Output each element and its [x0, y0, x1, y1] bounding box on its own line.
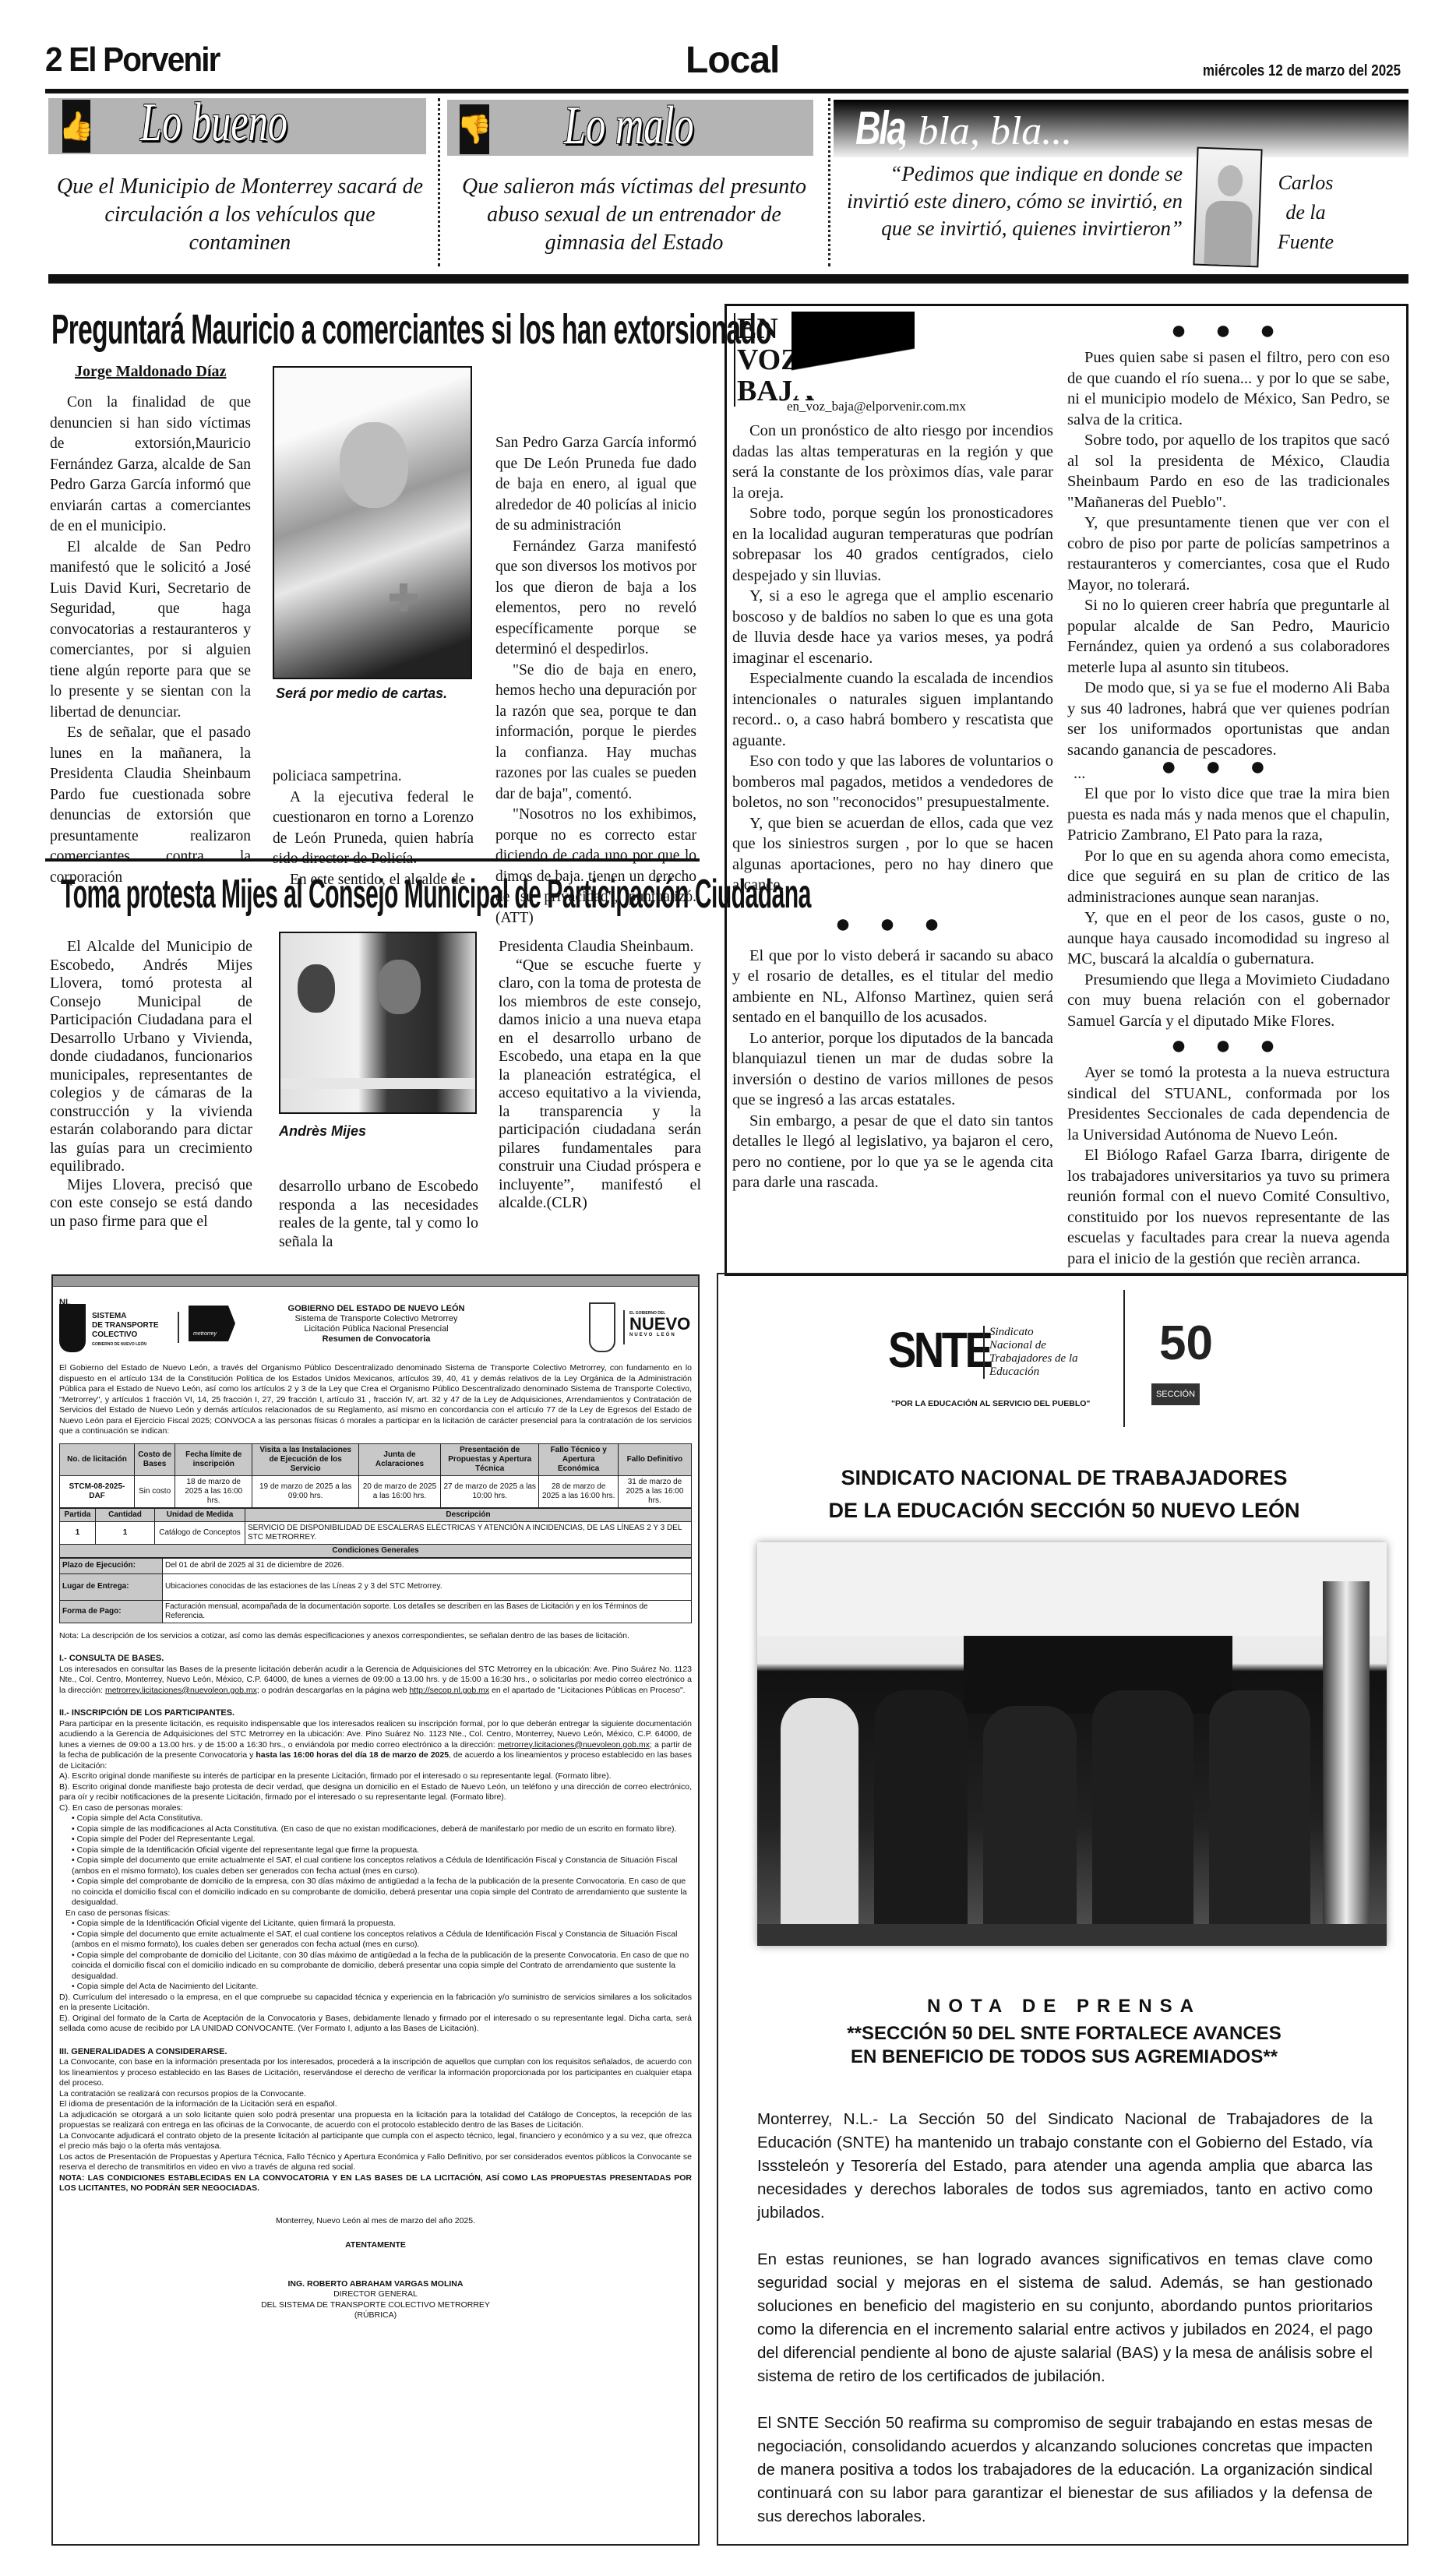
- logo-divider: [1123, 1290, 1125, 1427]
- press-title-line: EN BENEFICIO DE TODOS SUS AGREMIADOS**: [718, 2046, 1410, 2069]
- logo-line: EN: [737, 313, 787, 344]
- place-date: Monterrey, Nuevo León al mes de marzo de…: [59, 2216, 692, 2227]
- paragraph: Sobre todo, por aquello de los trapitos …: [1067, 430, 1390, 513]
- list-item: C). En caso de personas morales:: [59, 1803, 692, 1814]
- paragraph: Presumiendo que llega a Movimieto Ciudad…: [1067, 970, 1390, 1032]
- logo-line: Trabajadores de la: [989, 1352, 1078, 1366]
- section-2-text: Para participar en la presente licitació…: [59, 1719, 692, 1772]
- list-item: • Copia simple del Acta Constitutiva.: [72, 1813, 692, 1824]
- col-header: Unidad de Medida: [155, 1508, 245, 1521]
- notice-signature: Monterrey, Nuevo León al mes de marzo de…: [59, 2216, 692, 2321]
- table-cell: 19 de marzo de 2025 a las 09:00 hrs.: [252, 1475, 359, 1507]
- list-item: E). Original del formato de la Carta de …: [59, 2014, 692, 2035]
- paragraph: Fernández Garza manifestó que son divers…: [495, 537, 696, 661]
- bla-title-bold: Bla: [855, 101, 904, 155]
- author-photo: [1193, 147, 1262, 268]
- list-item: • Copia simple de la Identificación Ofic…: [72, 1919, 692, 1929]
- byline: Jorge Maldonado Díaz: [75, 363, 226, 380]
- article2-col3: Presidenta Claudia Sheinbaum. “Que se es…: [499, 938, 701, 1213]
- signer-title: (RÚBRICA): [59, 2310, 692, 2321]
- paragraph: Y, que presuntamente tienen que ver con …: [1067, 513, 1390, 595]
- table-row: STCM-08-2025-DAF Sin costo 18 de marzo d…: [60, 1475, 692, 1507]
- table-cell: SERVICIO DE DISPONIBILIDAD DE ESCALERAS …: [245, 1521, 692, 1544]
- email-link[interactable]: metrorrey.licitaciones@nuevoleon.gob.mx: [498, 1740, 650, 1750]
- list-item: • Copia simple del Acta de Nacimiento de…: [72, 1982, 692, 1993]
- notice-bold-note: NOTA: LAS CONDICIONES ESTABLECIDAS EN LA…: [59, 2173, 692, 2194]
- col-header: Costo de Bases: [135, 1443, 175, 1475]
- paragraph: El SNTE Sección 50 reafirma su compromis…: [757, 2412, 1373, 2528]
- article1-col3: San Pedro Garza García informó que De Le…: [495, 433, 696, 929]
- lo-bueno-text: Que el Municipio de Monterrey sacará de …: [51, 173, 428, 257]
- col-header: Descripción: [245, 1508, 692, 1521]
- col-header: Fallo Técnico y Apertura Económica: [539, 1443, 618, 1475]
- separator-block: ... ● ● ●: [1067, 760, 1390, 784]
- table-cell: 18 de marzo de 2025 a las 16:00 hrs.: [175, 1475, 252, 1507]
- notice-type: Licitación Pública Nacional Presencial: [248, 1324, 505, 1334]
- signer-title: DEL SISTEMA DE TRANSPORTE COLECTIVO METR…: [59, 2300, 692, 2311]
- email-link[interactable]: metrorrey.licitaciones@nuevoleon.gob.mx: [105, 1686, 257, 1695]
- paragraph: Si no lo quieren creer habría que pregun…: [1067, 595, 1390, 678]
- en-voz-baja-illustration: [791, 312, 915, 396]
- notice-summary: Resumen de Convocatoria: [248, 1334, 505, 1344]
- table-cell: Catálogo de Conceptos: [155, 1521, 245, 1544]
- licitacion-schedule-table: No. de licitación Costo de Bases Fecha l…: [59, 1443, 692, 1508]
- newspaper-name: El Porvenir: [69, 41, 219, 79]
- notice-gov: GOBIERNO DEL ESTADO DE NUEVO LEÓN: [248, 1304, 505, 1314]
- lo-malo-text: Que salieron más víctimas del presunto a…: [460, 173, 809, 257]
- list-item: • Copia simple del Poder del Representan…: [72, 1834, 692, 1845]
- notice-header: NL SISTEMA DE TRANSPORTE COLECTIVO GOBIE…: [53, 1287, 698, 1358]
- table-cell: 20 de marzo de 2025 a las 16:00 hrs.: [359, 1475, 441, 1507]
- metrorrey-logo: metrorrey: [189, 1306, 235, 1341]
- paragraph: San Pedro Garza García informó que De Le…: [495, 433, 696, 537]
- fisicas-list: • Copia simple de la Identificación Ofic…: [59, 1919, 692, 1993]
- table-cell: 31 de marzo de 2025 a las 16:00 hrs.: [618, 1475, 691, 1507]
- col-header: Partida: [60, 1508, 96, 1521]
- paragraph: “Que se escuche fuerte y claro, con la t…: [499, 957, 701, 1213]
- section-number: 50: [1159, 1320, 1213, 1368]
- article2-col2: desarrollo urbano de Escobedo responda a…: [279, 1178, 478, 1251]
- section-heading: III. GENERALIDADES A CONSIDERARSE.: [59, 2047, 692, 2058]
- nl-shield-logo: [59, 1304, 86, 1352]
- paragraph: Sobre todo, porque según los pronosticad…: [732, 503, 1053, 586]
- paragraph: Monterrey, N.L.- La Sección 50 del Sindi…: [757, 2108, 1373, 2225]
- ellipsis: ...: [1074, 763, 1085, 784]
- col-header: Visita a las Instalaciones de Ejecución …: [252, 1443, 359, 1475]
- en-voz-baja-email: en_voz_baja@elporvenir.com.mx: [787, 399, 966, 414]
- table-row: Plazo de Ejecución:Del 01 de abril de 20…: [60, 1558, 692, 1573]
- paragraph: Lo anterior, porque los diputados de la …: [732, 1028, 1053, 1111]
- paragraph: La Convocante adjudicará el contrato obj…: [59, 2131, 692, 2152]
- partida-table: Partida Cantidad Unidad de Medida Descri…: [59, 1508, 692, 1558]
- page-brand: 2 El Porvenir: [45, 41, 220, 79]
- paragraph: Y, que bien se acuerdan de ellos, cada q…: [732, 813, 1053, 896]
- article2-headline: Toma protesta Mijes al Consejo Municipal…: [61, 871, 811, 918]
- table-cell: 28 de marzo de 2025 a las 16:00 hrs.: [539, 1475, 618, 1507]
- table-header-row: No. de licitación Costo de Bases Fecha l…: [60, 1443, 692, 1475]
- press-release-body: Monterrey, N.L.- La Sección 50 del Sindi…: [757, 2108, 1373, 2528]
- thumbs-down-icon: 👎: [460, 104, 489, 154]
- condition-value: Facturación mensual, acompañada de la do…: [163, 1600, 692, 1623]
- logo-line: COLECTIVO: [92, 1330, 159, 1340]
- separator-dots: ● ● ●: [1067, 1033, 1390, 1059]
- list-item: B). Escrito original donde manifieste ba…: [59, 1782, 692, 1803]
- condition-value: Ubicaciones conocidas de las estaciones …: [163, 1573, 692, 1600]
- separator-dots: ● ● ●: [1067, 318, 1390, 344]
- paragraph: La Convocante, con base en la informació…: [59, 2057, 692, 2089]
- table-cell: Sin costo: [135, 1475, 175, 1507]
- press-title-line: **SECCIÓN 50 DEL SNTE FORTALECE AVANCES: [718, 2022, 1410, 2046]
- evb-col2: ● ● ● Pues quien sabe si pasen el filtro…: [1067, 318, 1390, 1269]
- condition-label: Lugar de Entrega:: [60, 1573, 163, 1600]
- paragraph: El que por lo visto deberá ir sacando su…: [732, 946, 1053, 1028]
- list-item: • Copia simple del comprobante de domici…: [72, 1951, 692, 1982]
- paragraph: Y, que en el peor de los casos, guste o …: [1067, 907, 1390, 970]
- column-divider: [828, 98, 830, 266]
- paragraph: Con un pronóstico de alto riesgo por inc…: [732, 421, 1053, 503]
- article2-caption: Andrès Mijes: [279, 1123, 366, 1140]
- table-cell: 1: [60, 1521, 96, 1544]
- bla-title: Bla, bla, bla...: [855, 101, 1072, 155]
- logo-line: Sindicato: [989, 1326, 1078, 1339]
- bla-quote: “Pedimos que indique en donde se invirti…: [832, 160, 1183, 242]
- list-item: • Copia simple de las modificaciones al …: [72, 1824, 692, 1835]
- notice-title-block: GOBIERNO DEL ESTADO DE NUEVO LEÓN Sistem…: [248, 1304, 505, 1344]
- signer-title: DIRECTOR GENERAL: [59, 2289, 692, 2300]
- page-number: 2: [45, 41, 62, 79]
- col-header: Junta de Aclaraciones: [359, 1443, 441, 1475]
- closing: ATENTAMENTE: [59, 2240, 692, 2251]
- lo-malo-title: Lo malo: [564, 95, 694, 157]
- section-rule: [48, 274, 1408, 284]
- paragraph: Pues quien sabe si pasen el filtro, pero…: [1067, 347, 1390, 430]
- paragraph: El idioma de presentación de la informac…: [59, 2099, 692, 2110]
- notice-topbar: [53, 1276, 698, 1287]
- list-item: A). Escrito original donde manifieste su…: [59, 1771, 692, 1782]
- separator-dots: ● ● ●: [1161, 754, 1277, 781]
- paragraph: Y, si a eso le agrega que el amplio esce…: [732, 586, 1053, 668]
- paragraph: Con la finalidad de que denuncien si han…: [50, 393, 251, 537]
- conditions-table: Plazo de Ejecución:Del 01 de abril de 20…: [59, 1558, 692, 1623]
- conditions-header: Condiciones Generales: [60, 1544, 692, 1557]
- section-label: SECCIÓN: [1151, 1383, 1200, 1405]
- issue-date: miércoles 12 de marzo del 2025: [1203, 62, 1401, 80]
- snte-group-photo: [757, 1542, 1387, 1946]
- paragraph: policiaca sampetrina.: [273, 766, 474, 788]
- section-heading: II.- INSCRIPCIÓN DE LOS PARTICIPANTES.: [59, 1708, 692, 1719]
- list-item: • Copia simple del comprobante de domici…: [72, 1876, 692, 1908]
- paragraph: Es de señalar, que el pasado lunes en la…: [50, 723, 251, 888]
- section-title: Local: [686, 39, 779, 82]
- article-divider: [45, 858, 700, 862]
- list-item: • Copia simple del documento que emite a…: [72, 1929, 692, 1951]
- nl-coat-of-arms-icon: [589, 1302, 615, 1352]
- paragraph: Por lo que en su agenda ahora como emeci…: [1067, 846, 1390, 908]
- paragraph: El Biólogo Rafael Garza Ibarra, dirigent…: [1067, 1145, 1390, 1269]
- snte-title: SINDICATO NACIONAL DE TRABAJADORES DE LA…: [718, 1461, 1410, 1527]
- notice-agency: Sistema de Transporte Colectivo Metrorre…: [248, 1314, 505, 1324]
- table-cell: STCM-08-2025-DAF: [60, 1475, 135, 1507]
- web-link[interactable]: http://secop.nl.gob.mx: [409, 1686, 489, 1695]
- col-header: Cantidad: [96, 1508, 155, 1521]
- article2-photo: [279, 932, 477, 1114]
- lo-bueno-panel: 👍 Lo bueno: [48, 98, 426, 154]
- table-header-row: Condiciones Generales: [60, 1544, 692, 1557]
- list-item: • Copia simple de la Identificación Ofic…: [72, 1845, 692, 1856]
- press-label: NOTA DE PRENSA: [718, 1996, 1410, 2017]
- table-row: Lugar de Entrega:Ubicaciones conocidas d…: [60, 1573, 692, 1600]
- en-voz-baja-logo: EN VOZ BAJA: [734, 313, 787, 407]
- section-heading: I.- CONSULTA DE BASES.: [59, 1654, 692, 1665]
- article1-caption: Será por medio de cartas.: [276, 685, 447, 702]
- column-divider: [438, 98, 440, 266]
- paragraph: Eso con todo y que las labores de volunt…: [732, 751, 1053, 813]
- stc-logo-text: SISTEMA DE TRANSPORTE COLECTIVO GOBIERNO…: [92, 1312, 159, 1349]
- bla-author: Carlos de la Fuente: [1274, 168, 1337, 257]
- logo-line: DE TRANSPORTE: [92, 1321, 159, 1330]
- title-line: DE LA EDUCACIÓN SECCIÓN 50 NUEVO LEÓN: [718, 1494, 1410, 1527]
- logo-line: BAJA: [737, 375, 787, 407]
- section-1-text: Los interesados en consultar las Bases d…: [59, 1665, 692, 1697]
- snte-logo-text: Sindicato Nacional de Trabajadores de la…: [983, 1326, 1078, 1379]
- paragraph: De modo que, si ya se fue el moderno Ali…: [1067, 678, 1390, 760]
- paragraph: El Alcalde del Municipio de Escobedo, An…: [50, 938, 252, 1176]
- text: en el apartado de "Licitaciones Públicas…: [492, 1686, 686, 1695]
- article1-headline: Preguntará Mauricio a comerciantes si lo…: [51, 305, 771, 354]
- col-header: Fecha límite de inscripción: [175, 1443, 252, 1475]
- signer-name: ING. ROBERTO ABRAHAM VARGAS MOLINA: [59, 2279, 692, 2290]
- snte-motto: "POR LA EDUCACIÓN AL SERVICIO DEL PUEBLO…: [891, 1399, 1090, 1408]
- logo-line: VOZ: [737, 344, 787, 375]
- paragraph: desarrollo urbano de Escobedo responda a…: [279, 1178, 478, 1251]
- logo-line: SISTEMA: [92, 1312, 159, 1321]
- paragraph: Ayer se tomó la protesta a la nueva estr…: [1067, 1062, 1390, 1145]
- logo-line: Educación: [989, 1366, 1078, 1379]
- morales-list: • Copia simple del Acta Constitutiva. • …: [59, 1813, 692, 1908]
- condition-value: Del 01 de abril de 2025 al 31 de diciemb…: [163, 1558, 692, 1573]
- table-cell: 27 de marzo de 2025 a las 10:00 hrs.: [440, 1475, 538, 1507]
- condition-label: Forma de Pago:: [60, 1600, 163, 1623]
- logo-divider: [623, 1310, 625, 1344]
- condition-label: Plazo de Ejecución:: [60, 1558, 163, 1573]
- nuevo-leon-logo: EL GOBIERNO DEL NUEVO NUEVO LEÓN: [629, 1312, 690, 1337]
- logo-sub: GOBIERNO DE NUEVO LEÓN: [92, 1340, 159, 1349]
- snte-logo-word: SNTE: [888, 1321, 990, 1379]
- separator-dots: ● ● ●: [732, 911, 1053, 938]
- table-header-row: Partida Cantidad Unidad de Medida Descri…: [60, 1508, 692, 1521]
- col-header: No. de licitación: [60, 1443, 135, 1475]
- evb-col1: Con un pronóstico de alto riesgo por inc…: [732, 421, 1053, 1193]
- paragraph: El alcalde de San Pedro manifestó que le…: [50, 537, 251, 724]
- lo-bueno-title: Lo bueno: [140, 92, 287, 154]
- article2-col1: El Alcalde del Municipio de Escobedo, An…: [50, 938, 252, 1231]
- paragraph: Presidenta Claudia Sheinbaum.: [499, 938, 701, 957]
- paragraph: Mijes Llovera, precisó que con este cons…: [50, 1176, 252, 1232]
- paragraph: Sin embargo, a pesar de que el dato sin …: [732, 1111, 1053, 1193]
- article1-col1: Con la finalidad de que denuncien si han…: [50, 393, 251, 888]
- snte-press-release: SNTE Sindicato Nacional de Trabajadores …: [717, 1273, 1408, 2546]
- paragraph: "Se dio de baja en enero, hemos hecho un…: [495, 661, 696, 805]
- notice-intro: El Gobierno del Estado de Nuevo León, a …: [59, 1363, 692, 1437]
- licitacion-notice: NL SISTEMA DE TRANSPORTE COLECTIVO GOBIE…: [51, 1274, 700, 2546]
- paragraph: La contratación se realizará con recurso…: [59, 2089, 692, 2100]
- logo-line: Nacional de: [989, 1339, 1078, 1352]
- list-item: • Copia simple del documento que emite a…: [72, 1855, 692, 1876]
- paragraph: El que por lo visto dice que trae la mir…: [1067, 784, 1390, 846]
- col-header: Fallo Definitivo: [618, 1443, 691, 1475]
- list-subtitle: En caso de personas físicas:: [59, 1908, 692, 1919]
- logo-divider: [178, 1312, 179, 1343]
- logo-big: NUEVO: [629, 1316, 690, 1333]
- paragraph: Especialmente cuando la escalada de ince…: [732, 668, 1053, 751]
- paragraph: A la ejecutiva federal le cuestionaron e…: [273, 788, 474, 870]
- text: ; o podrán descargarlas en la página web: [257, 1686, 407, 1695]
- lo-malo-panel: 👎 Lo malo: [447, 100, 813, 156]
- notice-nota: Nota: La descripción de los servicios a …: [59, 1631, 692, 1642]
- table-row: Forma de Pago:Facturación mensual, acomp…: [60, 1600, 692, 1623]
- nl-mark: NL: [59, 1298, 71, 1309]
- paragraph: En estas reuniones, se han logrado avanc…: [757, 2248, 1373, 2388]
- article1-byline: Jorge Maldonado Díaz: [75, 363, 226, 381]
- deadline: hasta las 16:00 horas del día 18 de marz…: [256, 1750, 449, 1760]
- title-line: SINDICATO NACIONAL DE TRABAJADORES: [718, 1461, 1410, 1494]
- table-cell: 1: [96, 1521, 155, 1544]
- table-row: 1 1 Catálogo de Conceptos SERVICIO DE DI…: [60, 1521, 692, 1544]
- press-release-heading: NOTA DE PRENSA **SECCIÓN 50 DEL SNTE FOR…: [718, 1996, 1410, 2069]
- paragraph: Los actos de Presentación de Propuestas …: [59, 2152, 692, 2173]
- paragraph: La adjudicación se otorgará a un solo li…: [59, 2110, 692, 2131]
- list-item: D). Currículum del interesado o la empre…: [59, 1993, 692, 2014]
- col-header: Presentación de Propuestas y Apertura Té…: [440, 1443, 538, 1475]
- thumbs-up-icon: 👍: [62, 100, 90, 153]
- article1-photo: [273, 366, 472, 679]
- bla-title-rest: , bla, bla...: [897, 109, 1072, 153]
